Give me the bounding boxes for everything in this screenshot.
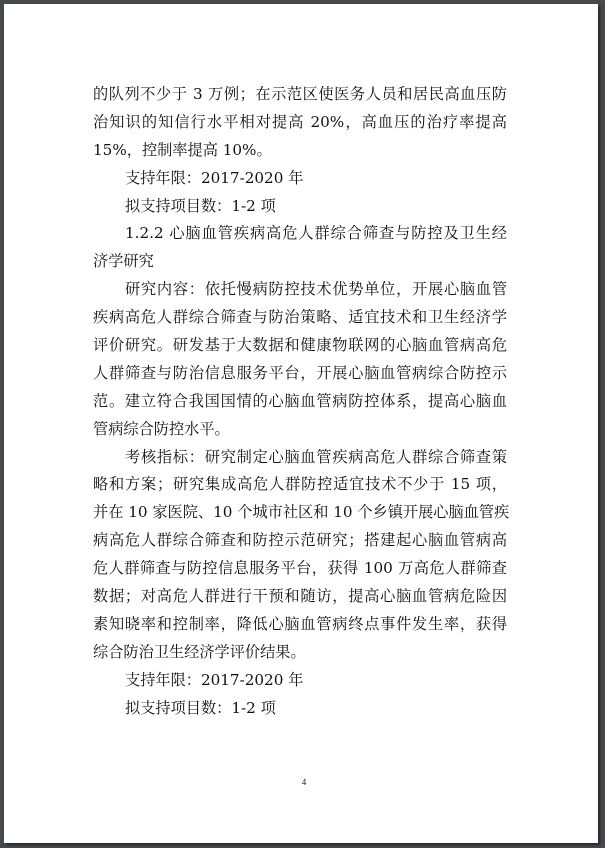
research-content-paragraph: 研究内容：依托慢病防控技术优势单位，开展心脑血管 <box>93 276 507 304</box>
text-line: 略和方案；研究集成高危人群防控适宜技术不少于 15 项， <box>93 471 507 499</box>
project-count-label: 拟支持项目数：1-2 项 <box>93 695 507 723</box>
text-line: 病高危人群综合筛查和防控示范研究；搭建起心脑血管病高 <box>93 527 507 555</box>
text-line: 疾病高危人群综合筛查与防治策略、适宜技术和卫生经济学 <box>93 304 507 332</box>
page-number: 4 <box>297 777 311 787</box>
text-line: 并在 10 家医院、10 个城市社区和 10 个乡镇开展心脑血管疾 <box>93 499 507 527</box>
text-line: 15%，控制率提高 10%。 <box>93 137 507 165</box>
document-page: 的队列不少于 3 万例；在示范区使医务人员和居民高血压防 治知识的知信行水平相对… <box>4 4 598 843</box>
section-heading-1-2-2: 1.2.2 心脑血管疾病高危人群综合筛查与防控及卫生经 <box>93 220 507 248</box>
support-years-label: 支持年限：2017-2020 年 <box>93 165 507 193</box>
text-line: 范。建立符合我国国情的心脑血管病防控体系，提高心脑血 <box>93 388 507 416</box>
section-heading-continuation: 济学研究 <box>93 248 507 276</box>
text-line: 评价研究。研发基于大数据和健康物联网的心脑血管病高危 <box>93 332 507 360</box>
assessment-indicators-paragraph: 考核指标：研究制定心脑血管疾病高危人群综合筛查策 <box>93 444 507 472</box>
support-years-label: 支持年限：2017-2020 年 <box>93 667 507 695</box>
text-line: 的队列不少于 3 万例；在示范区使医务人员和居民高血压防 <box>93 81 507 109</box>
text-line: 素知晓率和控制率，降低心脑血管病终点事件发生率，获得 <box>93 611 507 639</box>
body-text: 的队列不少于 3 万例；在示范区使医务人员和居民高血压防 治知识的知信行水平相对… <box>93 81 507 722</box>
project-count-label: 拟支持项目数：1-2 项 <box>93 193 507 221</box>
text-line: 治知识的知信行水平相对提高 20%，高血压的治疗率提高 <box>93 109 507 137</box>
text-line: 数据；对高危人群进行干预和随访，提高心脑血管病危险因 <box>93 583 507 611</box>
text-line: 人群筛查与防治信息服务平台，开展心脑血管病综合防控示 <box>93 360 507 388</box>
text-line: 管病综合防控水平。 <box>93 416 507 444</box>
text-line: 综合防治卫生经济学评价结果。 <box>93 639 507 667</box>
text-line: 危人群筛查与防控信息服务平台，获得 100 万高危人群筛查 <box>93 555 507 583</box>
